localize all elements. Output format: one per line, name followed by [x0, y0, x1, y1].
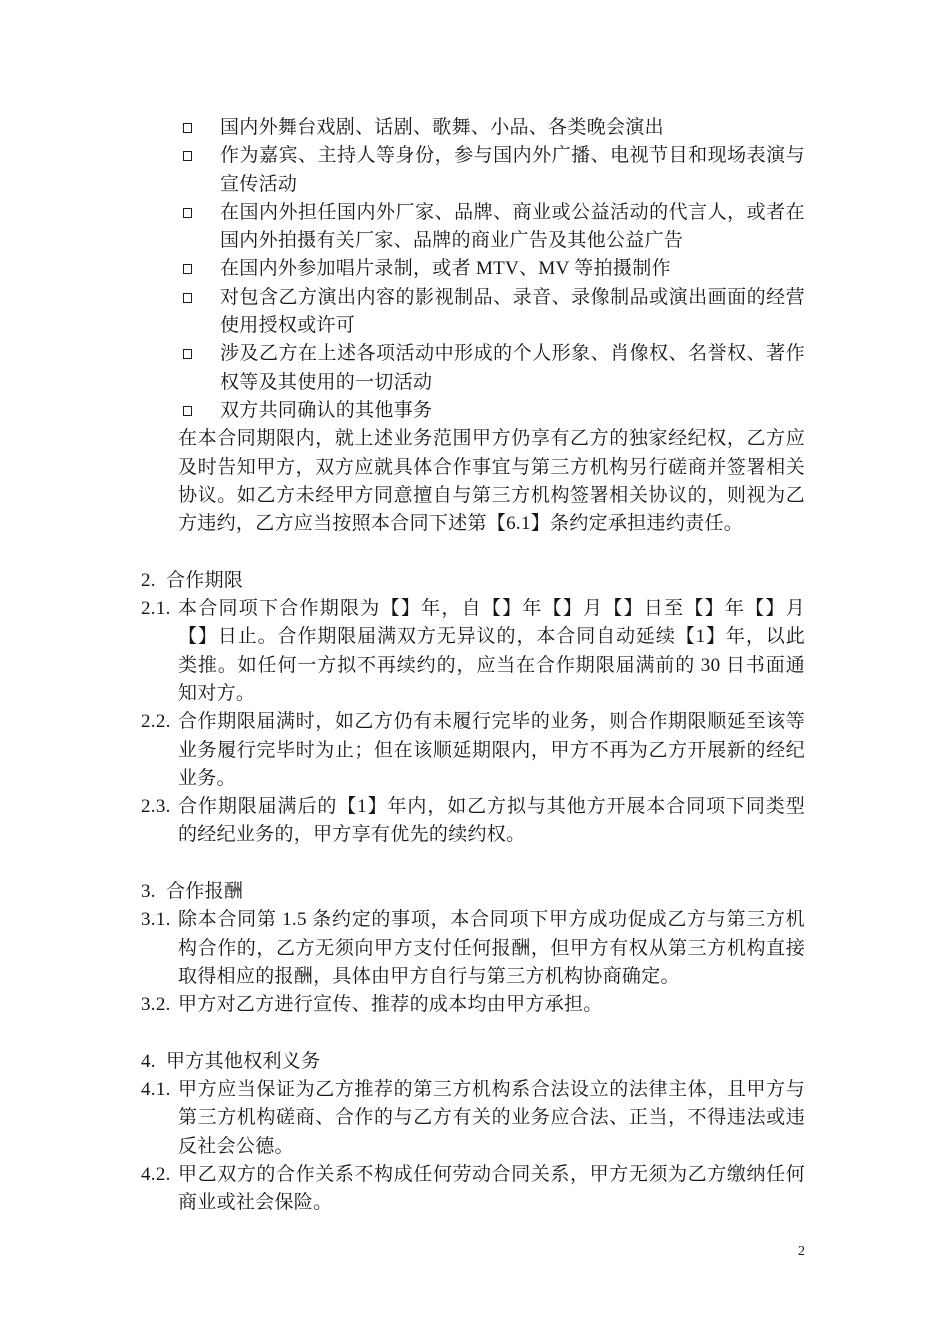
- exclusive-agency-paragraph: 在本合同期限内，就上述业务范围甲方仍享有乙方的独家经纪权，乙方应及时告知甲方，双…: [178, 425, 805, 538]
- section-title: 合作报酬: [166, 878, 805, 906]
- clause: 4.1. 甲方应当保证为乙方推荐的第三方机构系合法设立的法律主体，且甲方与第三方…: [141, 1076, 805, 1161]
- clause-text: 甲方应当保证为乙方推荐的第三方机构系合法设立的法律主体，且甲方与第三方机构磋商、…: [178, 1076, 805, 1161]
- clause: 3.1. 除本合同第 1.5 条约定的事项，本合同项下甲方成功促成乙方与第三方机…: [141, 906, 805, 991]
- clause-number: 2.3.: [141, 793, 178, 850]
- clause-text: 甲乙双方的合作关系不构成任何劳动合同关系，甲方无须为乙方缴纳任何商业或社会保险。: [178, 1161, 805, 1218]
- scope-list-item: 对包含乙方演出内容的影视制品、录音、录像制品或演出画面的经营使用授权或许可: [183, 284, 805, 341]
- scope-list-item: 作为嘉宾、主持人等身份，参与国内外广播、电视节目和现场表演与宣传活动: [183, 142, 805, 199]
- scope-list-item: 涉及乙方在上述各项活动中形成的个人形象、肖像权、名誉权、著作权等及其使用的一切活…: [183, 340, 805, 397]
- clause-number: 2.1.: [141, 595, 178, 708]
- empty-checkbox-icon: [183, 199, 220, 256]
- empty-checkbox-icon: [183, 114, 220, 142]
- scope-item-text: 双方共同确认的其他事务: [220, 397, 805, 425]
- contract-body: 国内外舞台戏剧、话剧、歌舞、小品、各类晚会演出 作为嘉宾、主持人等身份，参与国内…: [141, 114, 805, 1218]
- section-cooperation-term: 2. 合作期限 2.1. 本合同项下合作期限为【】年，自【】年【】月【】日至【】…: [141, 567, 805, 850]
- clause-text: 本合同项下合作期限为【】年，自【】年【】月【】日至【】年【】月【】日止。合作期限…: [178, 595, 805, 708]
- section-number: 2.: [141, 567, 166, 595]
- scope-list-item: 在国内外担任国内外厂家、品牌、商业或公益活动的代言人，或者在国内外拍摄有关厂家、…: [183, 199, 805, 256]
- scope-item-text: 涉及乙方在上述各项活动中形成的个人形象、肖像权、名誉权、著作权等及其使用的一切活…: [220, 340, 805, 397]
- scope-item-text: 在国内外担任国内外厂家、品牌、商业或公益活动的代言人，或者在国内外拍摄有关厂家、…: [220, 199, 805, 256]
- empty-checkbox-icon: [183, 284, 220, 341]
- clause-number: 2.2.: [141, 708, 178, 793]
- scope-item-text: 国内外舞台戏剧、话剧、歌舞、小品、各类晚会演出: [220, 114, 805, 142]
- clause-number: 3.1.: [141, 906, 178, 991]
- page-number: 2: [700, 1242, 805, 1262]
- clause-text: 甲方对乙方进行宣传、推荐的成本均由甲方承担。: [178, 991, 805, 1019]
- clause-text: 合作期限届满后的【1】年内，如乙方拟与其他方开展本合同项下同类型的经纪业务的，甲…: [178, 793, 805, 850]
- section-number: 3.: [141, 878, 166, 906]
- section-heading: 3. 合作报酬: [141, 878, 805, 906]
- clause: 3.2. 甲方对乙方进行宣传、推荐的成本均由甲方承担。: [141, 991, 805, 1019]
- scope-list-item: 国内外舞台戏剧、话剧、歌舞、小品、各类晚会演出: [183, 114, 805, 142]
- clause-text: 合作期限届满时，如乙方仍有未履行完毕的业务，则合作期限顺延至该等业务履行完毕时为…: [178, 708, 805, 793]
- scope-list-item: 在国内外参加唱片录制，或者 MTV、MV 等拍摄制作: [183, 255, 805, 283]
- section-cooperation-remuneration: 3. 合作报酬 3.1. 除本合同第 1.5 条约定的事项，本合同项下甲方成功促…: [141, 878, 805, 1019]
- clause-text: 除本合同第 1.5 条约定的事项，本合同项下甲方成功促成乙方与第三方机构合作的，…: [178, 906, 805, 991]
- empty-checkbox-icon: [183, 397, 220, 425]
- section-heading: 2. 合作期限: [141, 567, 805, 595]
- clause: 2.2. 合作期限届满时，如乙方仍有未履行完毕的业务，则合作期限顺延至该等业务履…: [141, 708, 805, 793]
- section-number: 4.: [141, 1048, 166, 1076]
- section-heading: 4. 甲方其他权利义务: [141, 1048, 805, 1076]
- clause-number: 4.1.: [141, 1076, 178, 1161]
- empty-checkbox-icon: [183, 340, 220, 397]
- section-title: 合作期限: [166, 567, 805, 595]
- scope-item-text: 对包含乙方演出内容的影视制品、录音、录像制品或演出画面的经营使用授权或许可: [220, 284, 805, 341]
- scope-item-text: 在国内外参加唱片录制，或者 MTV、MV 等拍摄制作: [220, 255, 805, 283]
- document-page: 国内外舞台戏剧、话剧、歌舞、小品、各类晚会演出 作为嘉宾、主持人等身份，参与国内…: [0, 0, 950, 1344]
- section-party-a-rights-obligations: 4. 甲方其他权利义务 4.1. 甲方应当保证为乙方推荐的第三方机构系合法设立的…: [141, 1048, 805, 1218]
- empty-checkbox-icon: [183, 255, 220, 283]
- clause: 2.3. 合作期限届满后的【1】年内，如乙方拟与其他方开展本合同项下同类型的经纪…: [141, 793, 805, 850]
- clause: 2.1. 本合同项下合作期限为【】年，自【】年【】月【】日至【】年【】月【】日止…: [141, 595, 805, 708]
- clause-number: 3.2.: [141, 991, 178, 1019]
- empty-checkbox-icon: [183, 142, 220, 199]
- clause-number: 4.2.: [141, 1161, 178, 1218]
- scope-item-text: 作为嘉宾、主持人等身份，参与国内外广播、电视节目和现场表演与宣传活动: [220, 142, 805, 199]
- scope-list-item: 双方共同确认的其他事务: [183, 397, 805, 425]
- section-title: 甲方其他权利义务: [166, 1048, 805, 1076]
- business-scope-list: 国内外舞台戏剧、话剧、歌舞、小品、各类晚会演出 作为嘉宾、主持人等身份，参与国内…: [183, 114, 805, 425]
- clause: 4.2. 甲乙双方的合作关系不构成任何劳动合同关系，甲方无须为乙方缴纳任何商业或…: [141, 1161, 805, 1218]
